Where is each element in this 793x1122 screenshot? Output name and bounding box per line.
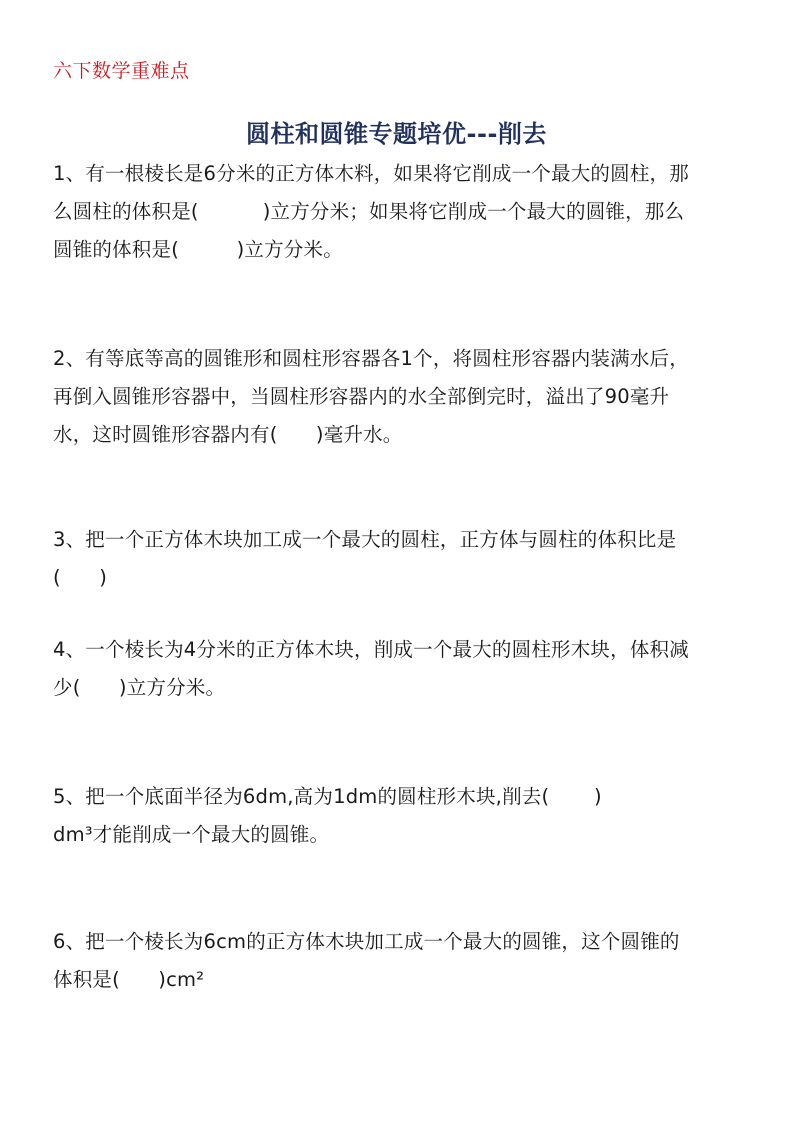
question-1-line-2: 么圆柱的体积是( )立方分米；如果将它削成一个最大的圆锥，那么 [53,193,743,231]
header-tag: 六下数学重难点 [53,56,190,83]
question-5-line-1: 5、把一个底面半径为6dm,高为1dm的圆柱形木块,削去( ) [53,778,743,816]
question-2-line-1: 2、有等底等高的圆锥形和圆柱形容器各1个，将圆柱形容器内装满水后， [53,340,743,378]
question-2: 2、有等底等高的圆锥形和圆柱形容器各1个，将圆柱形容器内装满水后， 再倒入圆锥形… [53,340,743,454]
question-6: 6、把一个棱长为6cm的正方体木块加工成一个最大的圆锥，这个圆锥的 体积是( )… [53,923,743,999]
question-2-line-2: 再倒入圆锥形容器中，当圆柱形容器内的水全部倒完时，溢出了90毫升 [53,378,743,416]
question-4: 4、一个棱长为4分米的正方体木块，削成一个最大的圆柱形木块，体积减 少( )立方… [53,631,743,707]
question-2-line-3: 水，这时圆锥形容器内有( )毫升水。 [53,416,743,454]
question-4-line-1: 4、一个棱长为4分米的正方体木块，削成一个最大的圆柱形木块，体积减 [53,631,743,669]
question-6-line-1: 6、把一个棱长为6cm的正方体木块加工成一个最大的圆锥，这个圆锥的 [53,923,743,961]
question-1-line-1: 1、有一根棱长是6分米的正方体木料，如果将它削成一个最大的圆柱，那 [53,155,743,193]
document-title: 圆柱和圆锥专题培优---削去 [0,114,793,149]
question-5-line-2: dm³才能削成一个最大的圆锥。 [53,816,743,854]
question-3: 3、把一个正方体木块加工成一个最大的圆柱，正方体与圆柱的体积比是 ( ) [53,521,743,597]
question-3-line-1: 3、把一个正方体木块加工成一个最大的圆柱，正方体与圆柱的体积比是 [53,521,743,559]
question-1: 1、有一根棱长是6分米的正方体木料，如果将它削成一个最大的圆柱，那 么圆柱的体积… [53,155,743,269]
question-5: 5、把一个底面半径为6dm,高为1dm的圆柱形木块,削去( ) dm³才能削成一… [53,778,743,854]
question-3-line-2: ( ) [53,559,743,597]
question-6-line-2: 体积是( )cm² [53,961,743,999]
question-4-line-2: 少( )立方分米。 [53,669,743,707]
question-1-line-3: 圆锥的体积是( )立方分米。 [53,231,743,269]
